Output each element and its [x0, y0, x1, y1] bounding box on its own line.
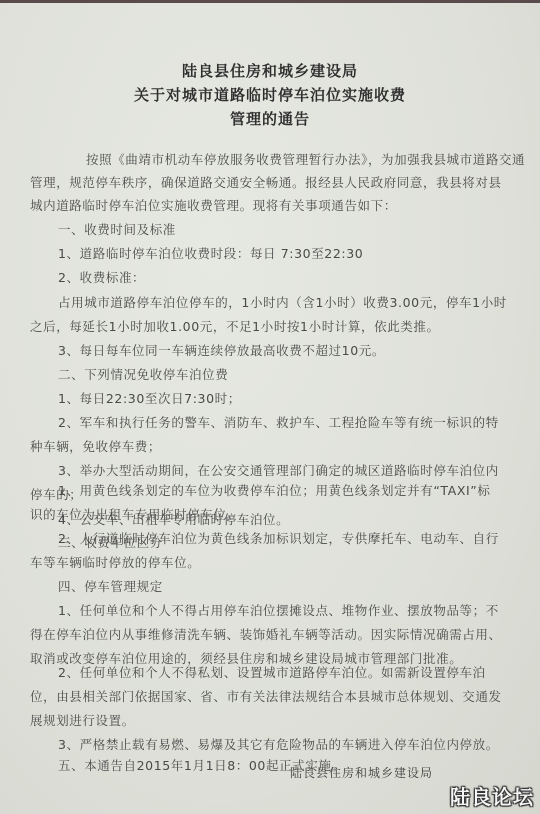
body-line: 2、军车和执行任务的警车、消防车、救护车、工程抢险车等有统一标识的特 [58, 413, 499, 431]
body-line: 展规划进行设置。 [30, 711, 135, 729]
body-line: 二、下列情况免收停车泊位费 [58, 365, 228, 383]
notice-title: 关于对城市道路临时停车泊位实施收费 [0, 84, 540, 105]
body-line: 四、停车管理规定 [58, 577, 163, 595]
body-line: 占用城市道路停车泊位停车的，1小时内（含1小时）收费3.00元，停车1小时 [58, 293, 507, 311]
body-line: 识的车位为出租车专用临时停车位。 [30, 505, 240, 523]
body-line: 之后，每延长1小时加收1.00元，不足1小时按1小时计算，依此类推。 [30, 317, 440, 335]
body-line: 车等车辆临时停放的停车位。 [30, 553, 200, 571]
forum-watermark: 陆良论坛 [450, 781, 534, 810]
body-line: 种车辆，免收停车费； [30, 437, 161, 455]
body-line: 2、收费标准： [58, 268, 145, 286]
body-line: 管理，规范停车秩序，确保道路交通安全畅通。报经县人民政府同意，我县将对县 [30, 173, 502, 191]
body-line: 得在停车泊位内从事维修清洗车辆、装饰婚礼车辆等活动。因实际情况确需占用、 [30, 625, 502, 643]
issuer-title: 陆良县住房和城乡建设局 [0, 60, 540, 81]
body-line: 1、道路临时停车泊位收费时段：每日 7:30至22:30 [58, 244, 363, 262]
body-line: 一、收费时间及标准 [58, 220, 176, 238]
body-line: 1、每日22:30至次日7:30时； [58, 389, 241, 407]
body-line: 城内道路临时停车泊位实施收费管理。现将有关事项通告如下： [30, 196, 397, 214]
body-line: 1、用黄色线条划定的车位为收费停车泊位；用黄色线条划定并有“TAXI”标 [58, 481, 490, 499]
body-line: 2、人行道临时停车泊位为黄色线条加标识划定，专供摩托车、电动车、自行 [58, 529, 499, 547]
body-line: 位，由县相关部门依据国家、省、市有关法律法规结合本县城市总体规划、交通发 [30, 687, 502, 705]
notice-title-cont: 管理的通告 [0, 108, 540, 129]
body-line: 3、严格禁止载有易燃、易爆及其它有危险物品的车辆进入停车泊位内停放。 [58, 735, 499, 753]
body-line: 3、每日每车位同一车辆连续停放最高收费不超过10元。 [58, 341, 385, 359]
signature: 陆良县住房和城乡建设局 [290, 764, 433, 781]
body-line: 3、举办大型活动期间，在公安交通管理部门确定的城区道路临时停车泊位内 [58, 461, 499, 479]
body-line: 2、任何单位和个人不得私划、设置城市道路停车泊位。如需新设置停车泊 [58, 663, 486, 681]
body-line: 1、任何单位和个人不得占用停车泊位摆摊设点、堆物作业、摆放物品等；不 [58, 601, 499, 619]
body-line: 按照《曲靖市机动车停放服务收费管理暂行办法》，为加强我县城市道路交通 [86, 150, 525, 168]
